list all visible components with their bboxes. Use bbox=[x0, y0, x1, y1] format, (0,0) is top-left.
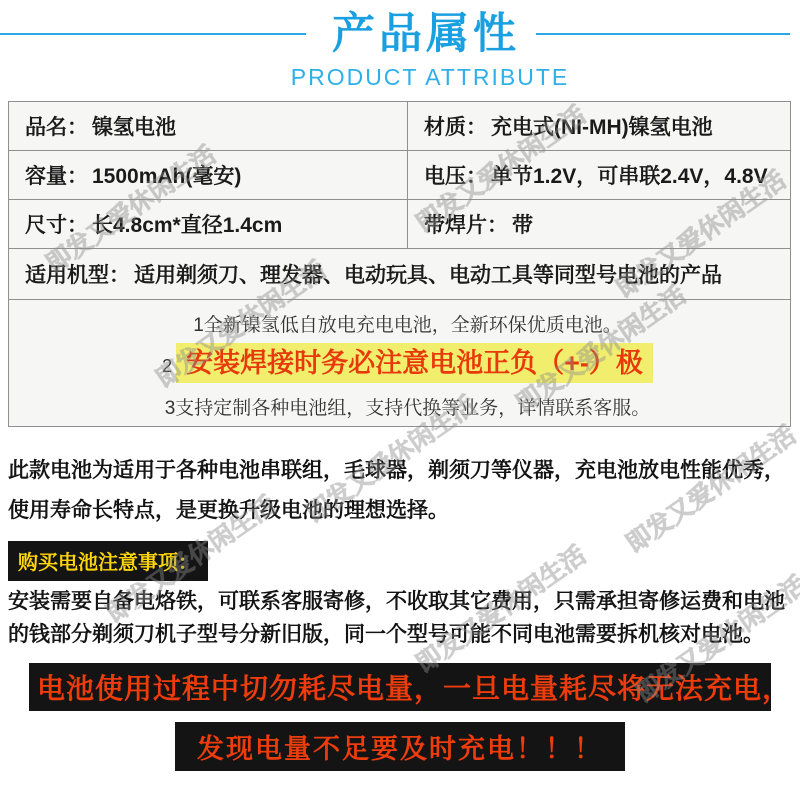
table-row: 适用机型：适用剃须刀、理发器、电动玩具、电动工具等同型号电池的产品 bbox=[9, 249, 791, 300]
cell-value: 单节1.2V，可串联2.4V，4.8V bbox=[491, 165, 768, 188]
warning-banner-line1: 电池使用过程中切勿耗尽电量，一旦电量耗尽将无法充电， bbox=[29, 663, 771, 711]
table-row-notes: 1全新镍氢低自放电充电电池，全新环保优质电池。 2安装焊接时务必注意电池正负（+… bbox=[9, 300, 791, 427]
cell-material: 材质：充电式(NI-MH)镍氢电池 bbox=[408, 102, 791, 151]
note-line-2: 2安装焊接时务必注意电池正负（+-）极 bbox=[25, 343, 790, 383]
title-row: 产品属性 bbox=[0, 6, 800, 62]
purchase-notice-badge: 购买电池注意事项： bbox=[8, 541, 208, 581]
cell-label: 带焊片： bbox=[424, 214, 508, 237]
page-title: 产品属性 bbox=[332, 8, 520, 60]
title-divider-right bbox=[536, 33, 790, 35]
warning-banner-line2: 发现电量不足要及时充电！！！ bbox=[175, 722, 625, 771]
cell-value: 带 bbox=[512, 214, 533, 237]
cell-size: 尺寸：长4.8cm*直径1.4cm bbox=[9, 200, 408, 249]
cell-label: 材质： bbox=[424, 116, 487, 139]
cell-label: 容量： bbox=[25, 165, 88, 188]
cell-voltage: 电压：单节1.2V，可串联2.4V，4.8V bbox=[408, 151, 791, 200]
cell-value: 1500mAh(毫安) bbox=[92, 165, 241, 188]
purchase-notice-text: 安装需要自备电烙铁，可联系客服寄修，不收取其它费用，只需承担寄修运费和电池的钱部… bbox=[8, 585, 792, 651]
table-row: 尺寸：长4.8cm*直径1.4cm 带焊片：带 bbox=[9, 200, 791, 249]
notes-cell: 1全新镍氢低自放电充电电池，全新环保优质电池。 2安装焊接时务必注意电池正负（+… bbox=[9, 300, 791, 427]
cell-label: 尺寸： bbox=[25, 214, 88, 237]
cell-value: 适用剃须刀、理发器、电动玩具、电动工具等同型号电池的产品 bbox=[134, 264, 722, 287]
page-subtitle: PRODUCT ATTRIBUTE bbox=[60, 64, 800, 91]
cell-capacity: 容量：1500mAh(毫安) bbox=[9, 151, 408, 200]
title-divider-left bbox=[0, 33, 306, 35]
cell-label: 适用机型： bbox=[25, 264, 130, 287]
polarity-warning-highlight: 安装焊接时务必注意电池正负（+-）极 bbox=[176, 343, 653, 383]
note-number: 2 bbox=[162, 356, 172, 376]
table-row: 容量：1500mAh(毫安) 电压：单节1.2V，可串联2.4V，4.8V bbox=[9, 151, 791, 200]
cell-product-name: 品名：镍氢电池 bbox=[9, 102, 408, 151]
cell-label: 电压： bbox=[424, 165, 487, 188]
table-row: 品名：镍氢电池 材质：充电式(NI-MH)镍氢电池 bbox=[9, 102, 791, 151]
cell-value: 长4.8cm*直径1.4cm bbox=[92, 214, 282, 237]
note-line-1: 1全新镍氢低自放电充电电池，全新环保优质电池。 bbox=[25, 310, 790, 337]
cell-value: 镍氢电池 bbox=[92, 116, 176, 139]
cell-applicable-models: 适用机型：适用剃须刀、理发器、电动玩具、电动工具等同型号电池的产品 bbox=[9, 249, 791, 300]
cell-solder-tab: 带焊片：带 bbox=[408, 200, 791, 249]
cell-value: 充电式(NI-MH)镍氢电池 bbox=[491, 116, 713, 139]
cell-label: 品名： bbox=[25, 116, 88, 139]
product-attribute-page: 即发又爱休闲生活 即发又爱休闲生活 即发又爱休闲生活 即发又爱休闲生活 即发又爱… bbox=[0, 0, 800, 800]
battery-description: 此款电池为适用于各种电池串联组，毛球器，剃须刀等仪器，充电池放电性能优秀，使用寿… bbox=[8, 451, 792, 531]
attribute-table: 品名：镍氢电池 材质：充电式(NI-MH)镍氢电池 容量：1500mAh(毫安)… bbox=[8, 101, 791, 427]
note-line-3: 3支持定制各种电池组，支持代换等业务，详情联系客服。 bbox=[25, 393, 790, 420]
header: 产品属性 PRODUCT ATTRIBUTE bbox=[0, 0, 800, 91]
